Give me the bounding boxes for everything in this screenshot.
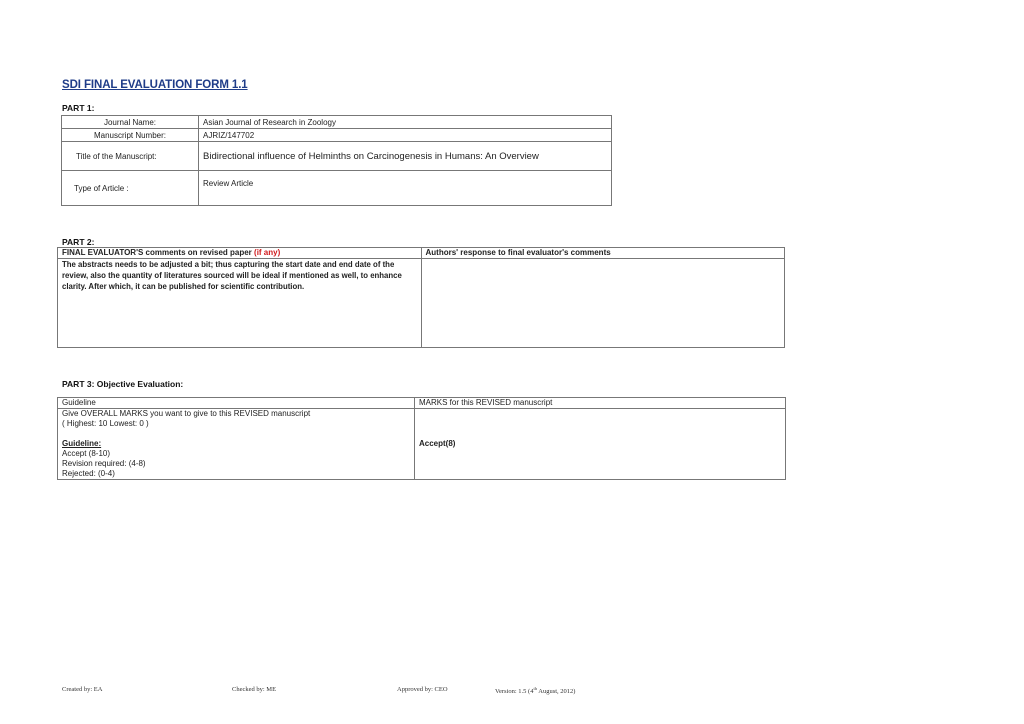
part1-label: PART 1: bbox=[62, 103, 94, 113]
marks-header: MARKS for this REVISED manuscript bbox=[415, 398, 786, 409]
guideline-cell: Give OVERALL MARKS you want to give to t… bbox=[58, 409, 415, 480]
table-header-row: Guideline MARKS for this REVISED manuscr… bbox=[58, 398, 786, 409]
if-any-note: (if any) bbox=[254, 248, 280, 257]
guideline-rejected: Rejected: (0-4) bbox=[62, 469, 410, 479]
journal-name-label: Journal Name: bbox=[62, 116, 199, 129]
table-row: Journal Name: Asian Journal of Research … bbox=[62, 116, 612, 129]
marks-range: ( Highest: 10 Lowest: 0 ) bbox=[62, 419, 410, 429]
guideline-title: Guideline: bbox=[62, 439, 410, 449]
table-row: Give OVERALL MARKS you want to give to t… bbox=[58, 409, 786, 480]
table-row: Title of the Manuscript: Bidirectional i… bbox=[62, 142, 612, 171]
evaluator-comments-header-text: FINAL EVALUATOR'S comments on revised pa… bbox=[62, 248, 252, 257]
article-type-value: Review Article bbox=[199, 171, 612, 206]
manuscript-title-label: Title of the Manuscript: bbox=[62, 142, 199, 171]
guideline-revision: Revision required: (4-8) bbox=[62, 459, 410, 469]
evaluator-comments-header: FINAL EVALUATOR'S comments on revised pa… bbox=[58, 248, 422, 259]
objective-evaluation-table: Guideline MARKS for this REVISED manuscr… bbox=[57, 397, 786, 480]
table-row: Type of Article : Review Article bbox=[62, 171, 612, 206]
guideline-header: Guideline bbox=[58, 398, 415, 409]
evaluator-comment: The abstracts needs to be adjusted a bit… bbox=[58, 259, 422, 348]
footer-created-by: Created by: EA bbox=[62, 686, 102, 693]
form-title: SDI FINAL EVALUATION FORM 1.1 bbox=[62, 79, 248, 91]
manuscript-number-label: Manuscript Number: bbox=[62, 129, 199, 142]
authors-response-header: Authors' response to final evaluator's c… bbox=[421, 248, 785, 259]
footer-checked-by: Checked by: ME bbox=[232, 686, 276, 693]
manuscript-title-value: Bidirectional influence of Helminths on … bbox=[199, 142, 612, 171]
version-suffix: August, 2012) bbox=[537, 688, 575, 695]
table-row: Manuscript Number: AJRIZ/147702 bbox=[62, 129, 612, 142]
marks-value: Accept(8) bbox=[415, 409, 786, 480]
table-row: The abstracts needs to be adjusted a bit… bbox=[58, 259, 785, 348]
article-type-label: Type of Article : bbox=[62, 171, 199, 206]
footer-version: Version: 1.5 (4th August, 2012) bbox=[495, 686, 575, 695]
marks-instruction: Give OVERALL MARKS you want to give to t… bbox=[62, 409, 410, 419]
authors-response bbox=[421, 259, 785, 348]
manuscript-info-table: Journal Name: Asian Journal of Research … bbox=[61, 115, 612, 206]
footer-approved-by: Approved by: CEO bbox=[397, 686, 448, 693]
part2-label: PART 2: bbox=[62, 237, 94, 247]
part3-label: PART 3: Objective Evaluation: bbox=[62, 379, 183, 389]
journal-name-value: Asian Journal of Research in Zoology bbox=[199, 116, 612, 129]
version-prefix: Version: 1.5 (4 bbox=[495, 688, 533, 695]
manuscript-number-value: AJRIZ/147702 bbox=[199, 129, 612, 142]
evaluator-comments-table: FINAL EVALUATOR'S comments on revised pa… bbox=[57, 247, 785, 348]
guideline-accept: Accept (8-10) bbox=[62, 449, 410, 459]
table-header-row: FINAL EVALUATOR'S comments on revised pa… bbox=[58, 248, 785, 259]
